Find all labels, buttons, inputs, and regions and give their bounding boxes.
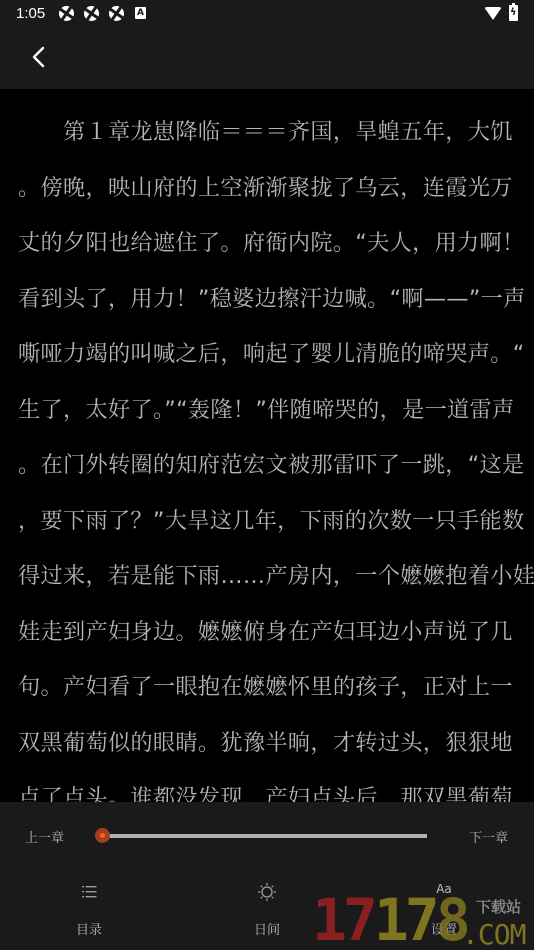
- prev-chapter-button[interactable]: 上一章: [25, 827, 64, 846]
- a-badge-icon: A: [135, 7, 146, 19]
- app-notification-icon: [59, 6, 74, 21]
- tab-catalog[interactable]: 目录: [49, 872, 129, 942]
- text-line: 。傍晚，映山府的上空渐渐聚拢了乌云，连霞光万: [18, 161, 518, 217]
- next-chapter-button[interactable]: 下一章: [469, 827, 508, 846]
- reader-control-panel: 上一章 下一章 目录: [0, 802, 534, 950]
- progress-track: [103, 834, 427, 838]
- status-bar: 1:05 A ϟ: [0, 0, 534, 28]
- tab-catalog-label: 目录: [49, 919, 129, 938]
- app-notification-icon: [109, 6, 124, 21]
- chevron-left-icon: [22, 40, 56, 74]
- text-line: 看到头了，用力！”稳婆边擦汗边喊。“啊——”一声: [18, 272, 518, 328]
- text-line: 生了，太好了。”“轰隆！”伴随啼哭的，是一道雷声: [18, 383, 518, 439]
- text-line: 。在门外转圈的知府范宏文被那雷吓了一跳，“这是: [18, 438, 518, 494]
- tab-settings[interactable]: Aa 设置: [404, 872, 484, 942]
- tab-settings-label: 设置: [404, 919, 484, 938]
- app-notification-icon: [84, 6, 99, 21]
- text-line: 嘶哑力竭的叫喊之后，响起了婴儿清脆的啼哭声。“: [18, 327, 518, 383]
- text-line: 丈的夕阳也给遮住了。府衙内院。“夫人，用力啊！: [18, 216, 518, 272]
- battery-charging-icon: ϟ: [509, 5, 518, 21]
- text-line: 句。产妇看了一眼抱在嬷嬷怀里的孩子，正对上一: [18, 660, 518, 716]
- chapter-text: 第１章龙崽降临＝＝＝齐国，旱蝗五年，大饥 。傍晚，映山府的上空渐渐聚拢了乌云，连…: [18, 105, 518, 802]
- font-size-icon: Aa: [430, 882, 458, 896]
- sun-icon: [257, 882, 277, 902]
- text-line: 娃走到产妇身边。嬷嬷俯身在产妇耳边小声说了几: [18, 605, 518, 661]
- tab-day-mode[interactable]: 日间: [227, 872, 307, 942]
- back-button[interactable]: [22, 40, 56, 74]
- text-line: 点了点头。谁都没发现，产妇点头后，那双黑葡萄: [18, 771, 518, 802]
- text-line: 得过来，若是能下雨……产房内，一个嬷嬷抱着小娃: [18, 549, 518, 605]
- progress-thumb[interactable]: [95, 828, 110, 843]
- text-line: ，要下雨了？”大旱这几年，下雨的次数一只手能数: [18, 494, 518, 550]
- top-bar: 1:05 A ϟ: [0, 0, 534, 89]
- list-icon: [79, 882, 99, 902]
- status-time: 1:05: [16, 5, 45, 22]
- tab-day-mode-label: 日间: [227, 919, 307, 938]
- reader-screen: 1:05 A ϟ 第１章龙崽降临＝＝＝齐国，旱蝗五年，大饥 。傍晚，映山府的上空…: [0, 0, 534, 950]
- text-line: 双黑葡萄似的眼睛。犹豫半晌，才转过头，狠狠地: [18, 716, 518, 772]
- reading-content[interactable]: 第１章龙崽降临＝＝＝齐国，旱蝗五年，大饥 。傍晚，映山府的上空渐渐聚拢了乌云，连…: [0, 89, 534, 802]
- bolt-glyph: ϟ: [510, 7, 517, 19]
- chapter-progress-slider[interactable]: [95, 828, 430, 844]
- wifi-icon: [484, 7, 502, 20]
- text-line: 第１章龙崽降临＝＝＝齐国，旱蝗五年，大饥: [18, 105, 518, 161]
